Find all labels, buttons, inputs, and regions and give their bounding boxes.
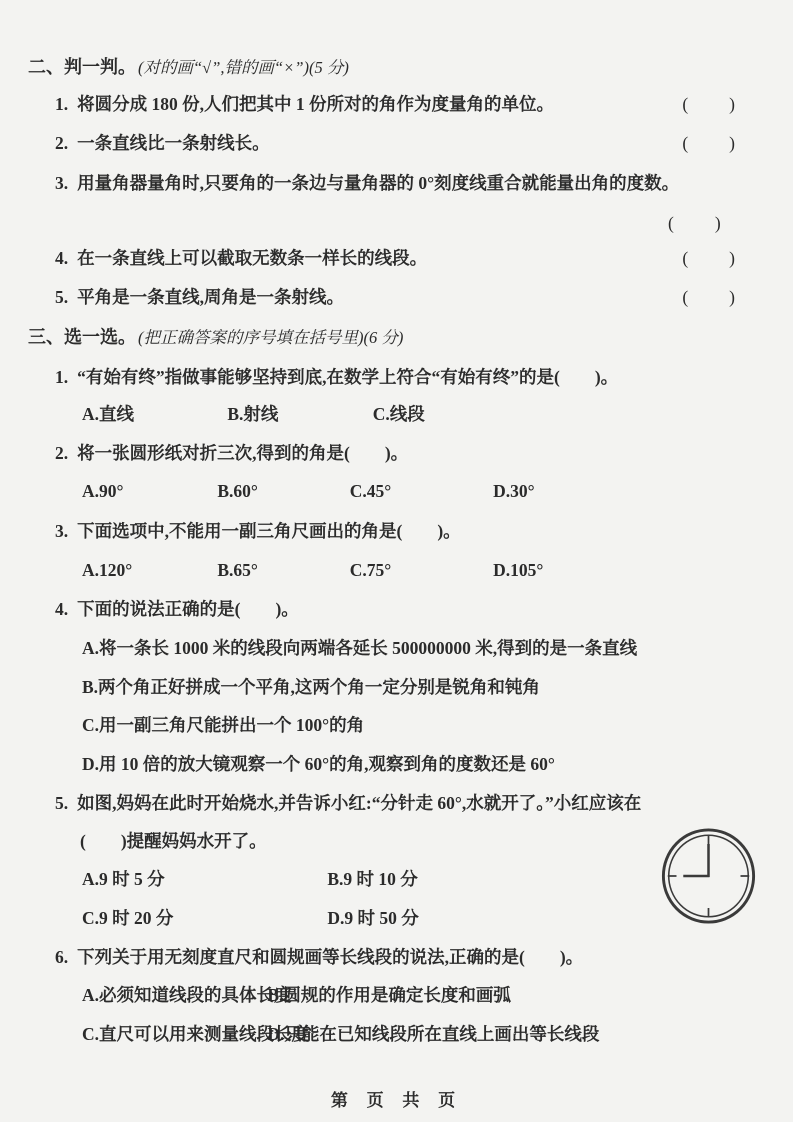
judge-item-1: 1.将圆分成 180 份,人们把其中 1 份所对的角作为度量角的单位。 ( ) <box>55 93 737 115</box>
judge-item-4-text-wrap: 4.在一条直线上可以截取无数条一样长的线段。 <box>55 247 427 269</box>
option-c: C.75° <box>350 559 489 581</box>
choice-q6-options-row2: C.直尺可以用来测量线段长度 D.只能在已知线段所在直线上画出等长线段 <box>82 1023 599 1045</box>
option-b: B.60° <box>217 480 345 502</box>
choice-q5-line1: 5.如图,妈妈在此时开始烧水,并告诉小红:“分针走 60°,水就开了。”小红应该… <box>55 792 641 814</box>
item-number: 5. <box>55 287 68 307</box>
section-judge-title: 二、判一判。 <box>28 57 136 77</box>
item-number: 4. <box>55 599 68 619</box>
answer-bracket: ( ) <box>668 213 723 233</box>
option-c: C.直尺可以用来测量线段长度 <box>82 1023 263 1045</box>
answer-bracket: ( ) <box>682 247 737 269</box>
choice-q6: 6.下列关于用无刻度直尺和圆规画等长线段的说法,正确的是( )。 <box>55 946 583 968</box>
option-d: D.用 10 倍的放大镜观察一个 60°的角,观察到角的度数还是 60° <box>82 754 555 774</box>
choice-q5-options-row2: C.9 时 20 分 D.9 时 50 分 <box>82 907 419 929</box>
option-c: C.45° <box>350 480 489 502</box>
question-text: 下面的说法正确的是( )。 <box>77 599 299 619</box>
question-text: “有始有终”指做事能够坚持到底,在数学上符合“有始有终”的是( )。 <box>77 367 618 387</box>
choice-q3: 3.下面选项中,不能用一副三角尺画出的角是( )。 <box>55 520 461 542</box>
item-text: 平角是一条直线,周角是一条射线。 <box>77 287 344 307</box>
answer-bracket: ( ) <box>682 132 737 154</box>
section-choice-header: 三、选一选。(把正确答案的序号填在括号里)(6 分) <box>28 326 403 349</box>
choice-q4-option-c: C.用一副三角尺能拼出一个 100°的角 <box>82 714 364 736</box>
option-a: A.120° <box>82 559 213 581</box>
worksheet-page: 二、判一判。(对的画“√”,错的画“×”)(5 分) 1.将圆分成 180 份,… <box>0 0 793 1122</box>
judge-item-2: 2.一条直线比一条射线长。 ( ) <box>55 132 737 154</box>
option-d: D.只能在已知线段所在直线上画出等长线段 <box>267 1023 599 1045</box>
choice-q3-options: A.120° B.65° C.75° D.105° <box>82 559 543 581</box>
item-number: 3. <box>55 521 68 541</box>
item-text: 一条直线比一条射线长。 <box>77 133 270 153</box>
choice-q6-options-row1: A.必须知道线段的具体长度 B.圆规的作用是确定长度和画弧 <box>82 984 511 1006</box>
judge-item-3: 3.用量角器量角时,只要角的一条边与量角器的 0°刻度线重合就能量出角的度数。 <box>55 172 679 194</box>
page-footer: 第 页 共 页 <box>0 1090 793 1112</box>
choice-q4-option-a: A.将一条长 1000 米的线段向两端各延长 500000000 米,得到的是一… <box>82 637 637 659</box>
judge-item-1-text-wrap: 1.将圆分成 180 份,人们把其中 1 份所对的角作为度量角的单位。 <box>55 93 554 115</box>
option-a: A.必须知道线段的具体长度 <box>82 984 263 1006</box>
option-c: C.9 时 20 分 <box>82 907 323 929</box>
judge-item-2-text-wrap: 2.一条直线比一条射线长。 <box>55 132 270 154</box>
item-number: 3. <box>55 173 68 193</box>
clock-illustration <box>660 827 757 925</box>
choice-q4: 4.下面的说法正确的是( )。 <box>55 598 299 620</box>
choice-q5-options-row1: A.9 时 5 分 B.9 时 10 分 <box>82 868 418 890</box>
option-d: D.9 时 50 分 <box>327 907 418 929</box>
question-text: 下列关于用无刻度直尺和圆规画等长线段的说法,正确的是( )。 <box>77 947 583 967</box>
item-number: 6. <box>55 947 68 967</box>
question-text: 如图,妈妈在此时开始烧水,并告诉小红:“分针走 60°,水就开了。”小红应该在 <box>77 793 641 813</box>
option-c: C.线段 <box>373 403 425 425</box>
item-number: 2. <box>55 443 68 463</box>
item-number: 1. <box>55 94 68 114</box>
option-c: C.用一副三角尺能拼出一个 100°的角 <box>82 715 364 735</box>
judge-item-5-text-wrap: 5.平角是一条直线,周角是一条射线。 <box>55 286 344 308</box>
answer-bracket: ( ) <box>682 93 737 115</box>
answer-bracket: ( ) <box>682 286 737 308</box>
option-b: B.两个角正好拼成一个平角,这两个角一定分别是锐角和钝角 <box>82 677 540 697</box>
choice-q1: 1.“有始有终”指做事能够坚持到底,在数学上符合“有始有终”的是( )。 <box>55 366 618 388</box>
option-a: A.将一条长 1000 米的线段向两端各延长 500000000 米,得到的是一… <box>82 638 637 658</box>
item-number: 2. <box>55 133 68 153</box>
option-a: A.直线 <box>82 403 223 425</box>
judge-item-3-bracket-line: ( ) <box>668 212 723 234</box>
judge-item-4: 4.在一条直线上可以截取无数条一样长的线段。 ( ) <box>55 247 737 269</box>
choice-q2: 2.将一张圆形纸对折三次,得到的角是( )。 <box>55 442 408 464</box>
choice-q1-options: A.直线 B.射线 C.线段 <box>82 403 425 425</box>
option-d: D.105° <box>493 559 543 581</box>
choice-q5-line2: ( )提醒妈妈水开了。 <box>80 830 267 852</box>
item-number: 5. <box>55 793 68 813</box>
option-a: A.9 时 5 分 <box>82 868 323 890</box>
question-text: ( )提醒妈妈水开了。 <box>80 831 267 851</box>
option-d: D.30° <box>493 480 535 502</box>
section-choice-title: 三、选一选。 <box>28 327 136 347</box>
choice-q2-options: A.90° B.60° C.45° D.30° <box>82 480 535 502</box>
item-number: 1. <box>55 367 68 387</box>
item-number: 4. <box>55 248 68 268</box>
item-text: 在一条直线上可以截取无数条一样长的线段。 <box>77 248 427 268</box>
section-judge-header: 二、判一判。(对的画“√”,错的画“×”)(5 分) <box>28 56 349 79</box>
option-b: B.9 时 10 分 <box>327 868 417 890</box>
question-text: 将一张圆形纸对折三次,得到的角是( )。 <box>77 443 408 463</box>
item-text: 用量角器量角时,只要角的一条边与量角器的 0°刻度线重合就能量出角的度数。 <box>77 173 679 193</box>
item-text: 将圆分成 180 份,人们把其中 1 份所对的角作为度量角的单位。 <box>77 94 554 114</box>
option-b: B.射线 <box>227 403 368 425</box>
question-text: 下面选项中,不能用一副三角尺画出的角是( )。 <box>77 521 461 541</box>
section-choice-instruction: (把正确答案的序号填在括号里)(6 分) <box>138 328 403 347</box>
option-b: B.圆规的作用是确定长度和画弧 <box>267 984 511 1006</box>
option-b: B.65° <box>217 559 345 581</box>
option-a: A.90° <box>82 480 213 502</box>
section-judge-instruction: (对的画“√”,错的画“×”)(5 分) <box>138 58 349 77</box>
choice-q4-option-d: D.用 10 倍的放大镜观察一个 60°的角,观察到角的度数还是 60° <box>82 753 555 775</box>
choice-q4-option-b: B.两个角正好拼成一个平角,这两个角一定分别是锐角和钝角 <box>82 676 540 698</box>
judge-item-5: 5.平角是一条直线,周角是一条射线。 ( ) <box>55 286 737 308</box>
